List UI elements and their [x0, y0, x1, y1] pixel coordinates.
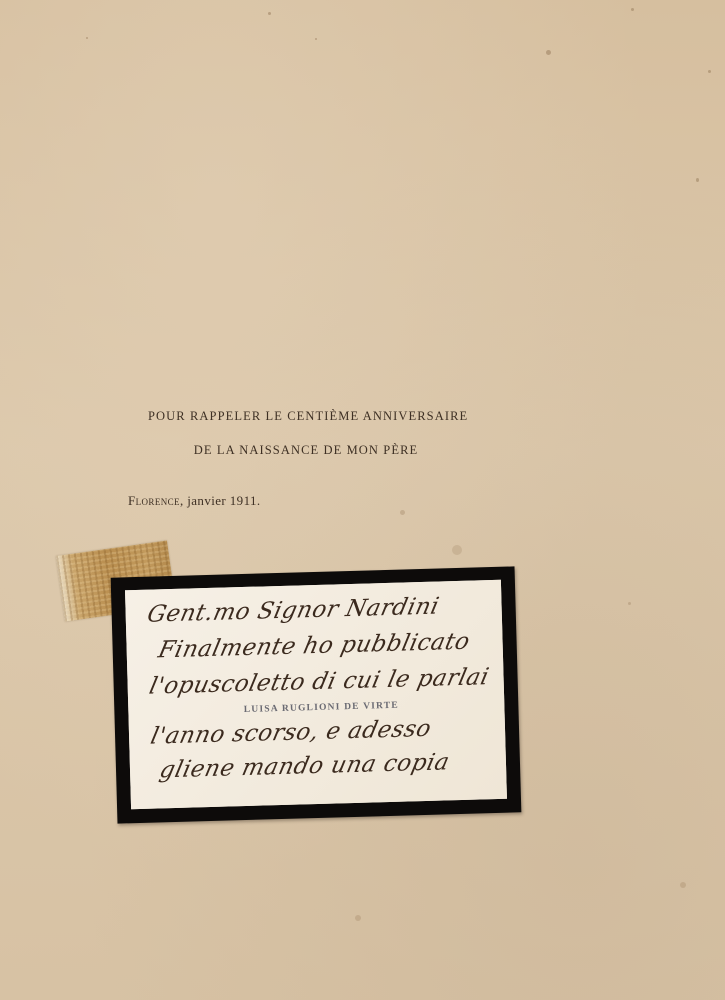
handwritten-line-5: gliene mando una copia	[157, 749, 452, 783]
paper-speck	[452, 545, 462, 555]
paper-speck	[546, 50, 551, 55]
handwritten-line-4: l'anno scorso, e adesso	[148, 716, 434, 750]
document-page: POUR RAPPELER LE CENTIÈME ANNIVERSAIRE D…	[0, 0, 725, 1000]
paper-speck	[400, 510, 405, 515]
paper-speck	[86, 37, 88, 39]
calling-card-face: Gent.mo Signor Nardini Finalmente ho pub…	[125, 580, 507, 809]
handwritten-line-1: Gent.mo Signor Nardini	[145, 593, 442, 627]
calling-card: Gent.mo Signor Nardini Finalmente ho pub…	[111, 566, 522, 823]
paper-speck	[268, 12, 271, 15]
paper-speck	[315, 38, 317, 40]
date-text: , janvier 1911.	[180, 493, 261, 508]
card-printed-name: LUISA RUGLIONI DE VIRTE	[128, 698, 504, 718]
paper-speck	[631, 8, 634, 11]
paper-speck	[628, 602, 631, 605]
dedication-line-1: POUR RAPPELER LE CENTIÈME ANNIVERSAIRE	[148, 409, 466, 424]
handwritten-line-3: l'opuscoletto di cui le parlai	[147, 664, 492, 700]
paper-speck	[696, 178, 699, 182]
paper-speck	[355, 915, 361, 921]
dedication-line-2: DE LA NAISSANCE DE MON PÈRE	[190, 443, 422, 458]
handwritten-line-2: Finalmente ho pubblicato	[156, 629, 473, 664]
paper-speck	[680, 882, 686, 888]
paper-speck	[708, 70, 711, 73]
place-date: Florence, janvier 1911.	[128, 493, 261, 509]
place-name: Florence	[128, 493, 180, 508]
